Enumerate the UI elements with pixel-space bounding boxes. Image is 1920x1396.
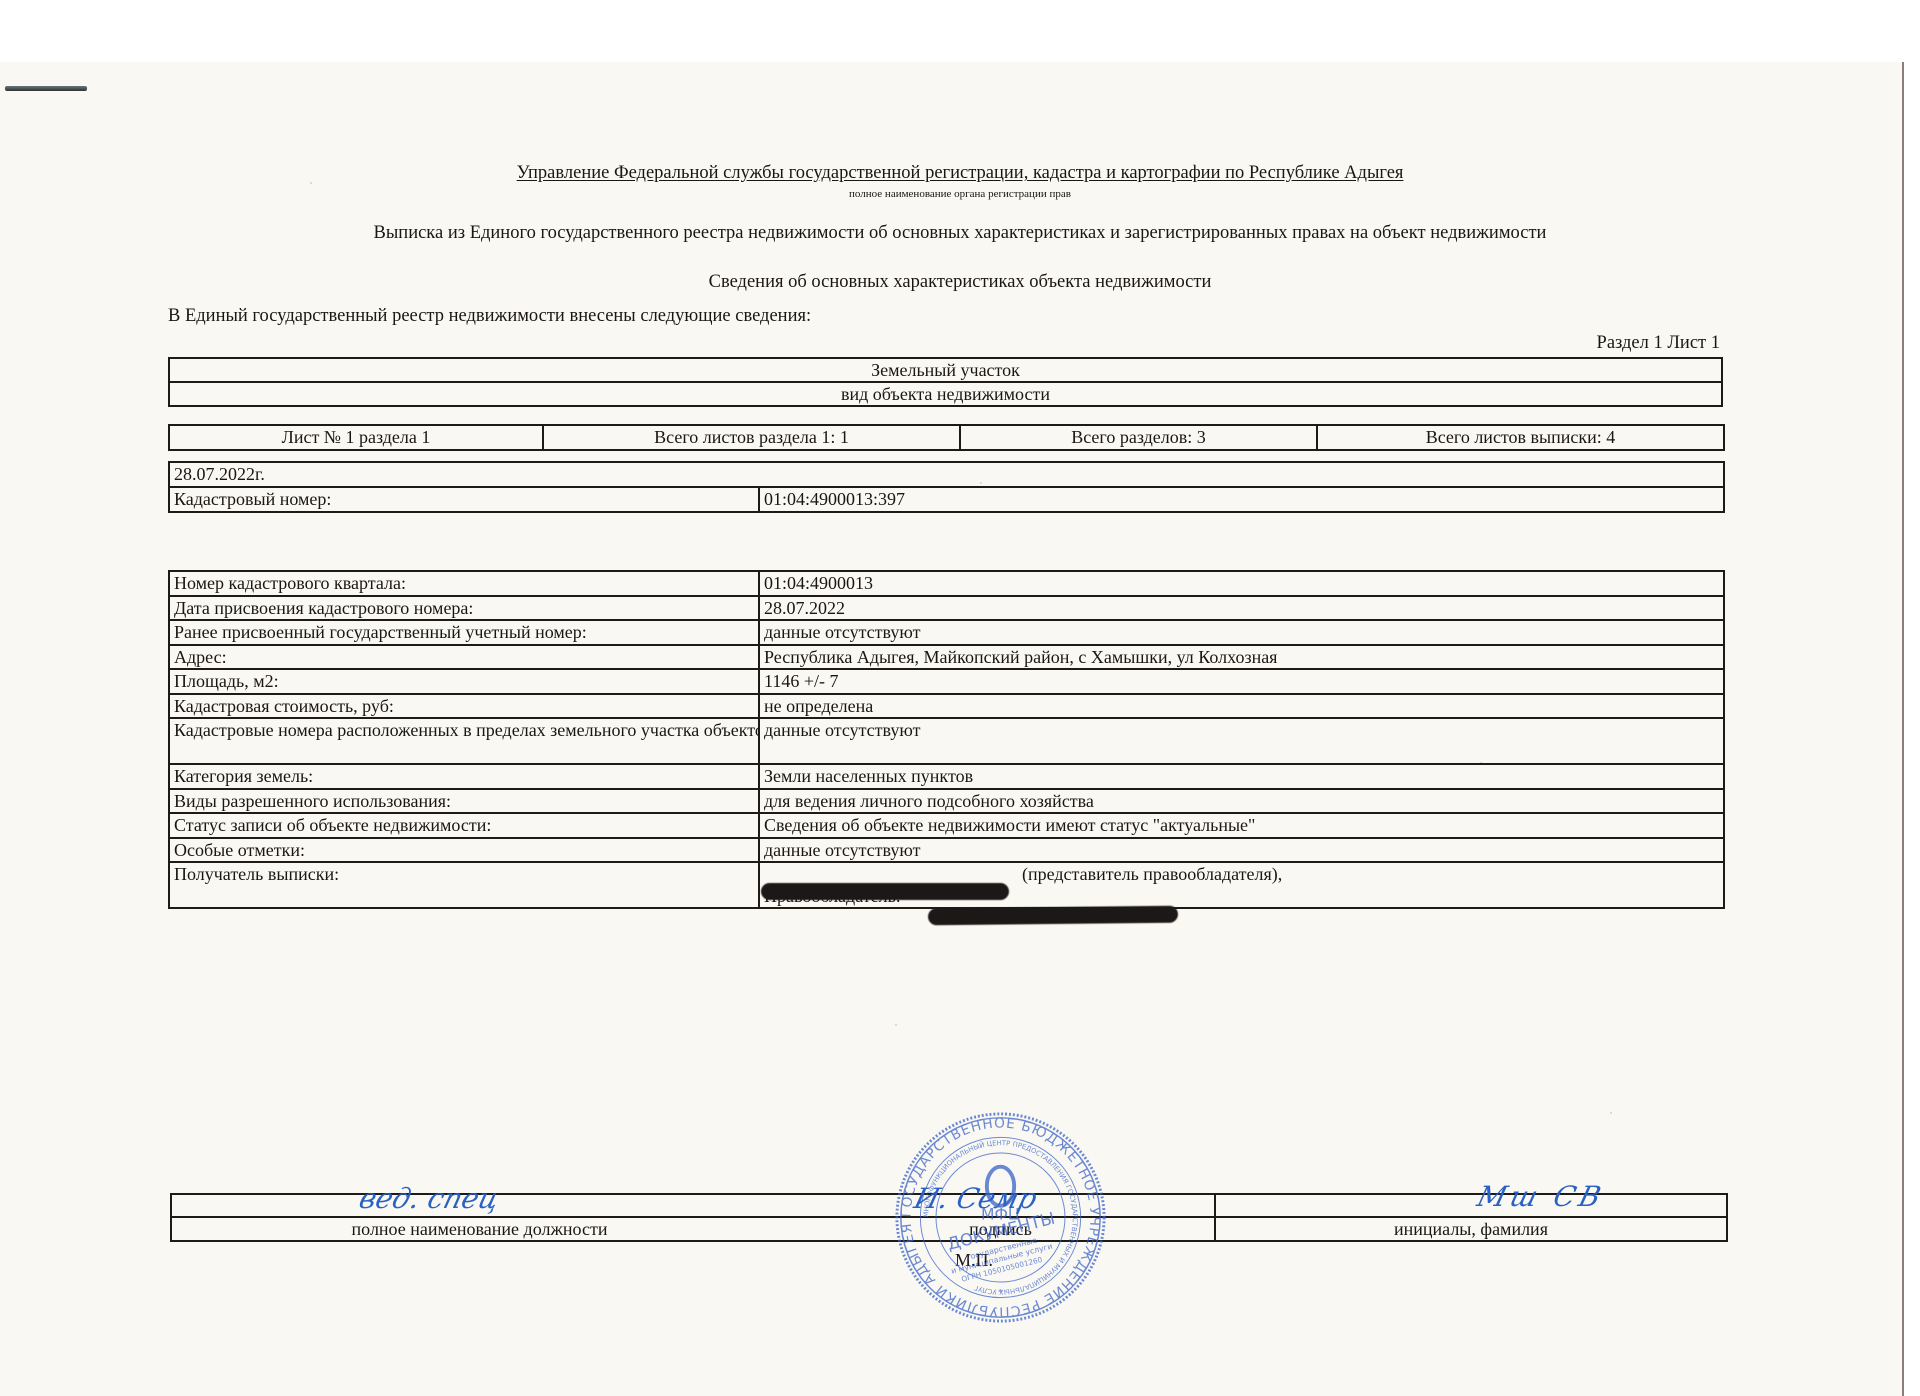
stamp-star-icon: * (998, 1288, 1003, 1299)
handwritten-position: вед. спец (356, 1182, 502, 1215)
object-type-caption: вид объекта недвижимости (169, 382, 1722, 406)
row-label: Дата присвоения кадастрового номера: (169, 596, 759, 621)
table-row: Кадастровая стоимость, руб:не определена (169, 694, 1724, 719)
object-type-value: Земельный участок (169, 358, 1722, 382)
row-label: Особые отметки: (169, 838, 759, 863)
sheets-table: Лист № 1 раздела 1 Всего листов раздела … (168, 424, 1725, 451)
intro-text: В Единый государственный реестр недвижим… (168, 306, 811, 327)
row-value: данные отсутствуют (759, 838, 1724, 863)
position-caption: полное наименование должности (171, 1217, 787, 1241)
row-value: 28.07.2022 (759, 596, 1724, 621)
row-label: Площадь, м2: (169, 669, 759, 694)
official-stamp-icon: ГОСУДАРСТВЕННОЕ БЮДЖЕТНОЕ УЧРЕЖДЕНИЕ РЕС… (893, 1110, 1108, 1325)
identity-table: 28.07.2022г. Кадастровый номер: 01:04:49… (168, 461, 1725, 513)
table-row: Категория земель:Земли населенных пункто… (169, 764, 1724, 789)
organization-caption: полное наименование органа регистрации п… (0, 188, 1920, 200)
name-cell (1215, 1194, 1727, 1217)
row-label: Статус записи об объекте недвижимости: (169, 813, 759, 838)
table-row: Площадь, м2:1146 +/- 7 (169, 669, 1724, 694)
cadastral-number-label: Кадастровый номер: (169, 487, 759, 512)
handwritten-name: Мш СВ (1474, 1180, 1608, 1213)
row-label: Кадастровая стоимость, руб: (169, 694, 759, 719)
row-label: Номер кадастрового квартала: (169, 571, 759, 596)
name-caption: инициалы, фамилия (1215, 1217, 1727, 1241)
row-label: Виды разрешенного использования: (169, 789, 759, 814)
table-row: Статус записи об объекте недвижимости:Св… (169, 813, 1724, 838)
row-value: данные отсутствуют (759, 718, 1724, 764)
row-value: Земли населенных пунктов (759, 764, 1724, 789)
section-title: Сведения об основных характеристиках объ… (0, 272, 1920, 293)
row-value: 01:04:4900013 (759, 571, 1724, 596)
row-value: не определена (759, 694, 1724, 719)
table-row: Кадастровые номера расположенных в преде… (169, 718, 1724, 764)
row-label: Кадастровые номера расположенных в преде… (169, 718, 759, 764)
table-row: Особые отметки:данные отсутствуют (169, 838, 1724, 863)
document-title: Выписка из Единого государственного реес… (0, 223, 1920, 244)
row-label: Адрес: (169, 645, 759, 670)
redacted-recipient-name (761, 883, 1009, 900)
handwritten-signature: И. Семр (911, 1182, 1041, 1215)
redacted-owner-name (928, 906, 1178, 926)
table-row: Ранее присвоенный государственный учетны… (169, 620, 1724, 645)
table-row: Адрес:Республика Адыгея, Майкопский райо… (169, 645, 1724, 670)
row-label: Получатель выписки: (169, 862, 759, 908)
row-value: для ведения личного подсобного хозяйства (759, 789, 1724, 814)
row-label: Категория земель: (169, 764, 759, 789)
sheet-number: Лист № 1 раздела 1 (169, 425, 543, 450)
row-label: Ранее присвоенный государственный учетны… (169, 620, 759, 645)
total-sections: Всего разделов: 3 (960, 425, 1317, 450)
total-sheets-section: Всего листов раздела 1: 1 (543, 425, 960, 450)
characteristics-table: Номер кадастрового квартала:01:04:490001… (168, 570, 1725, 909)
row-value: Сведения об объекте недвижимости имеют с… (759, 813, 1724, 838)
row-value: данные отсутствуют (759, 620, 1724, 645)
section-sheet-label: Раздел 1 Лист 1 (1597, 333, 1720, 354)
organization-title: Управление Федеральной службы государств… (0, 163, 1920, 184)
organization-name: Управление Федеральной службы государств… (517, 163, 1404, 183)
table-row: Номер кадастрового квартала:01:04:490001… (169, 571, 1724, 596)
recipient-line-1: (представитель правообладателя), (764, 863, 1719, 885)
row-value: 1146 +/- 7 (759, 669, 1724, 694)
row-value: Республика Адыгея, Майкопский район, с Х… (759, 645, 1724, 670)
extract-date: 28.07.2022г. (169, 462, 1724, 487)
cadastral-number-value: 01:04:4900013:397 (759, 487, 1724, 512)
table-row: Виды разрешенного использования:для веде… (169, 789, 1724, 814)
paper-speck (895, 1024, 897, 1026)
table-row: Дата присвоения кадастрового номера:28.0… (169, 596, 1724, 621)
paper-speck (1610, 1112, 1612, 1114)
staple-mark (5, 86, 87, 91)
object-type-table: Земельный участок вид объекта недвижимос… (168, 357, 1723, 407)
total-sheets-extract: Всего листов выписки: 4 (1317, 425, 1724, 450)
